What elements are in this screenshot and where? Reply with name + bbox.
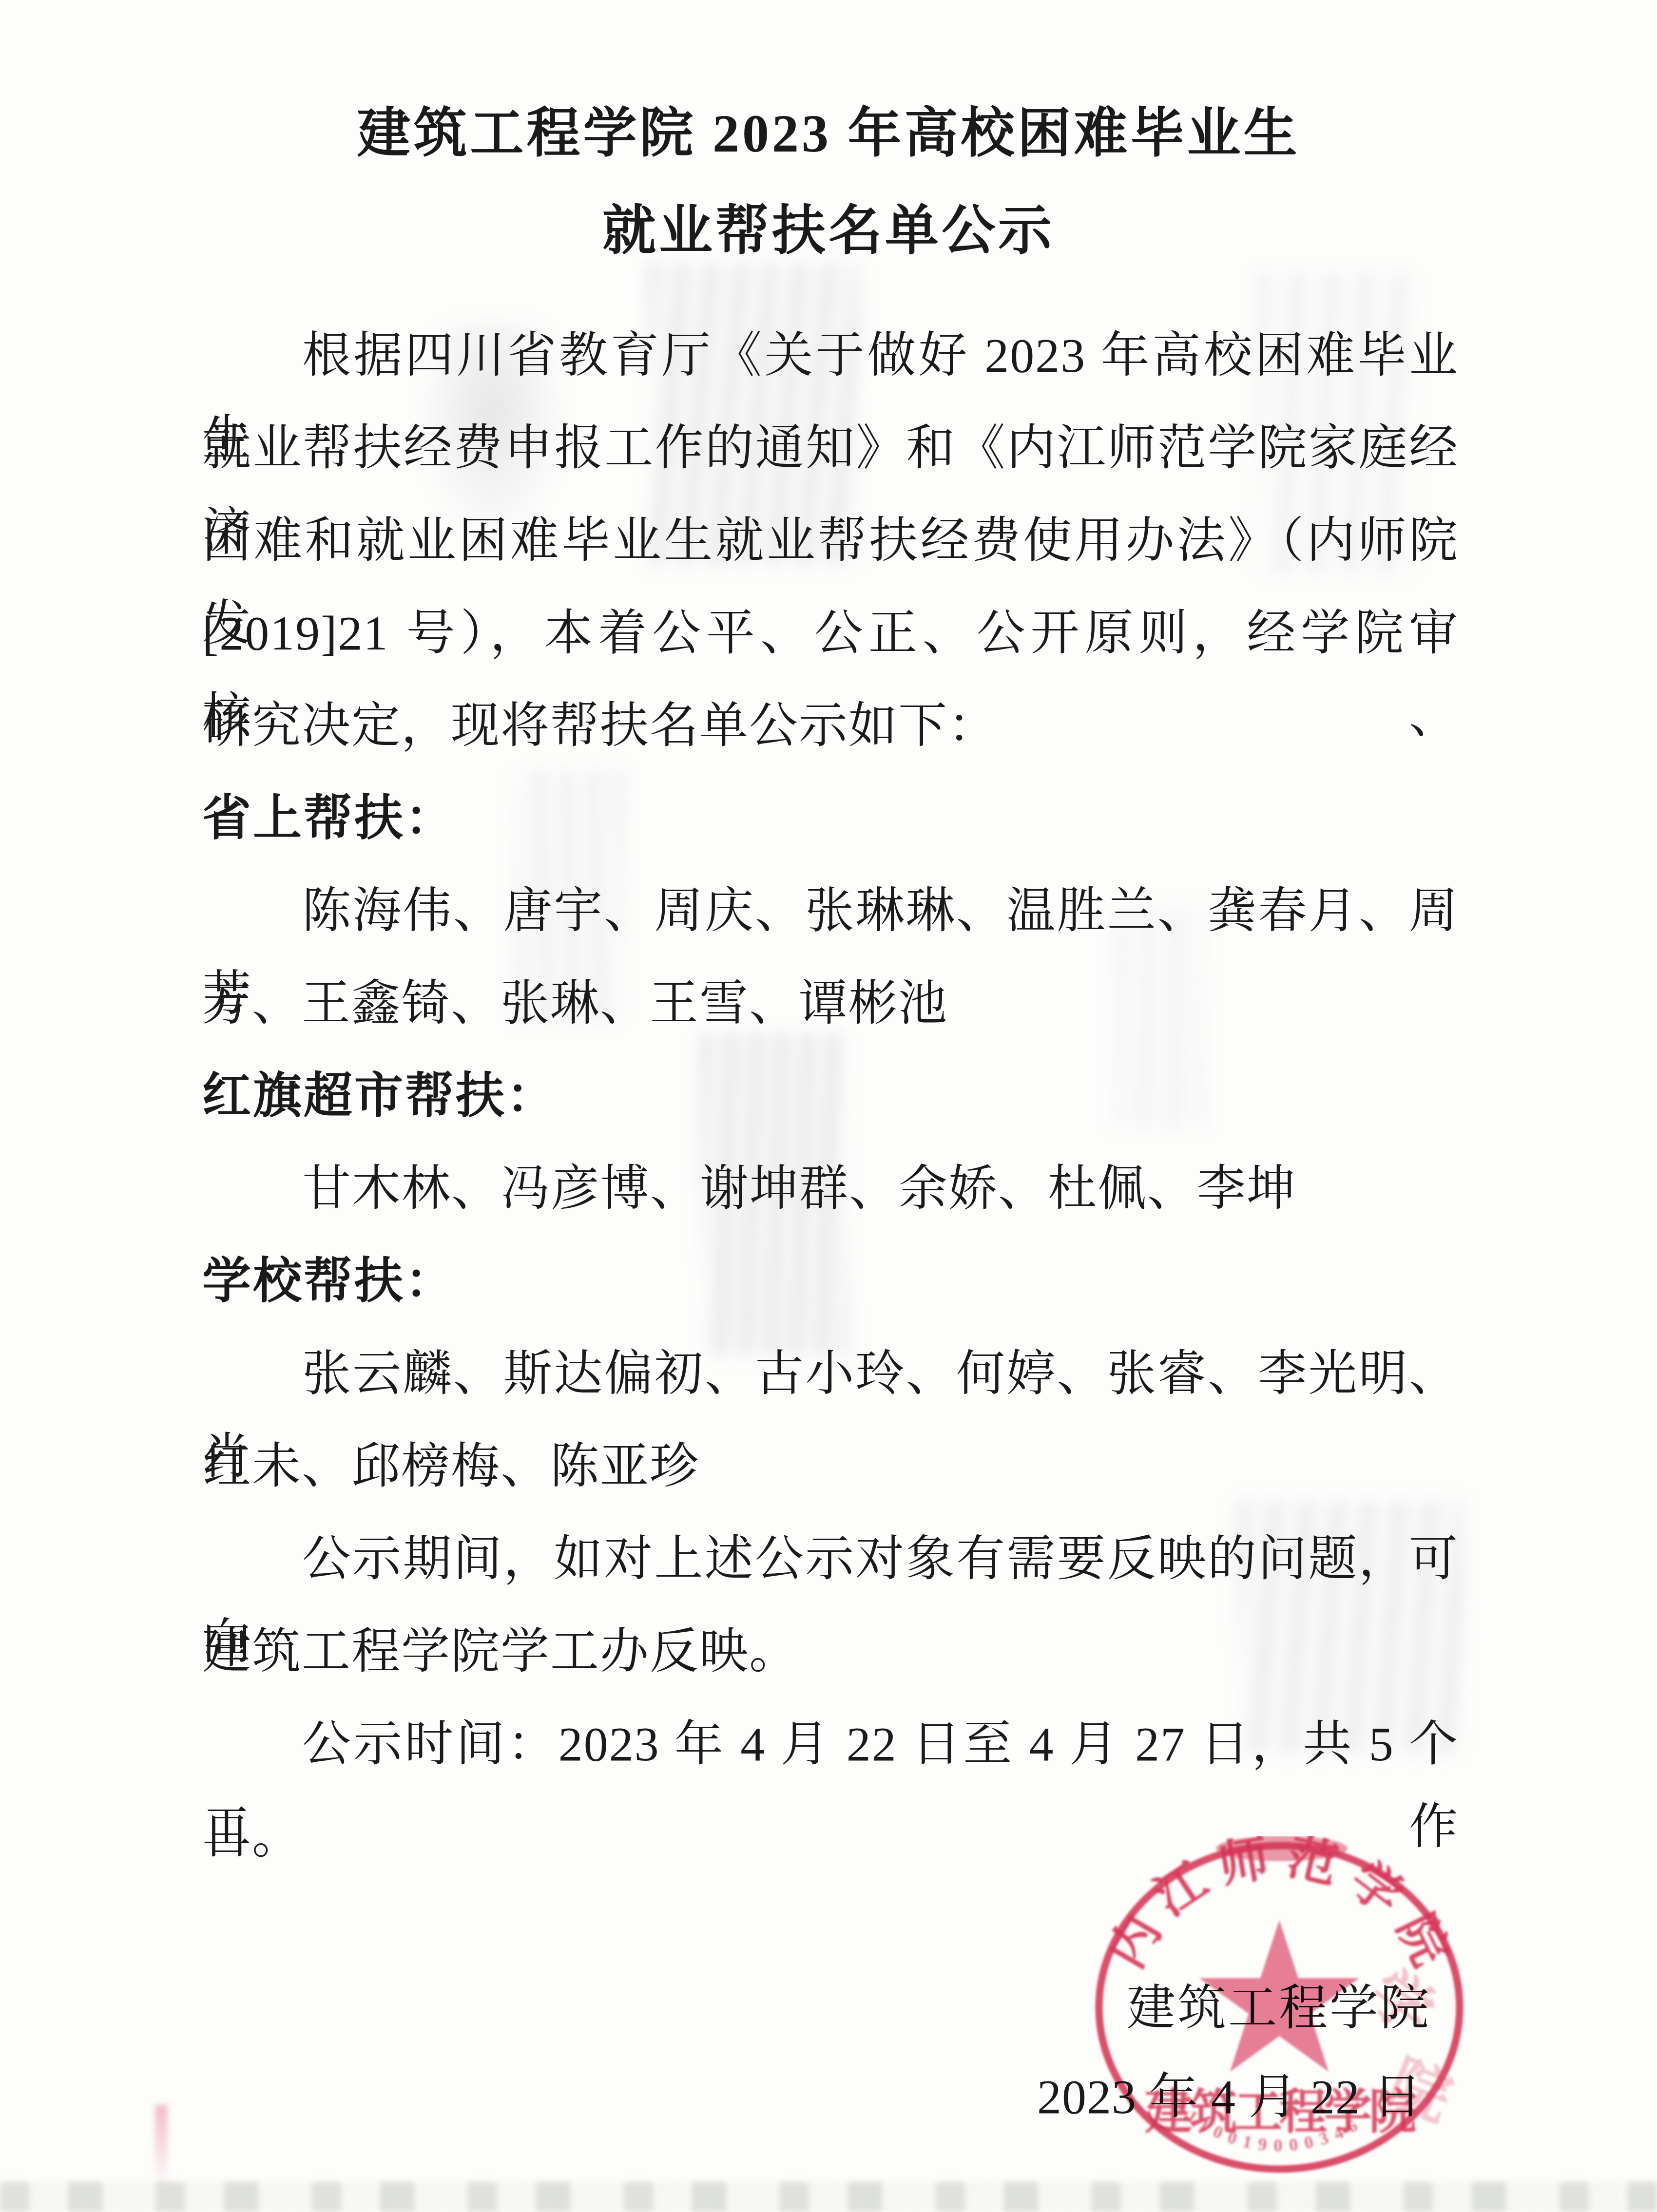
scan-ink-streak: [155, 2105, 168, 2188]
document-title-line-2: 就业帮扶名单公示: [0, 188, 1657, 265]
body-line: 建筑工程学院学工办反映。: [202, 1610, 1459, 1693]
scanned-document-page: 建筑工程学院 2023 年高校困难毕业生 就业帮扶名单公示 根据四川省教育厅《关…: [0, 0, 1657, 2212]
section-heading-school: 学校帮扶：: [202, 1240, 1459, 1323]
names-line: 红未、邱榜梅、陈亚珍: [202, 1425, 1459, 1508]
document-title-line-1: 建筑工程学院 2023 年高校困难毕业生: [0, 90, 1657, 167]
seal-star-icon: [1199, 1920, 1359, 2072]
names-line: 芳、王鑫锜、张琳、王雪、谭彬池: [202, 962, 1459, 1045]
body-line: 研究决定，现将帮扶名单公示如下：: [202, 685, 1459, 767]
names-line: 甘木林、冯彦博、谢坤群、余娇、杜佩、李坤: [202, 1147, 1459, 1230]
section-heading-province: 省上帮扶：: [202, 777, 1459, 860]
official-seal: 内江师范学院 建筑工程学院 5110019000346 学 院: [1072, 1836, 1491, 2187]
section-heading-hongqi-supermarket: 红旗超市帮扶：: [202, 1055, 1459, 1138]
